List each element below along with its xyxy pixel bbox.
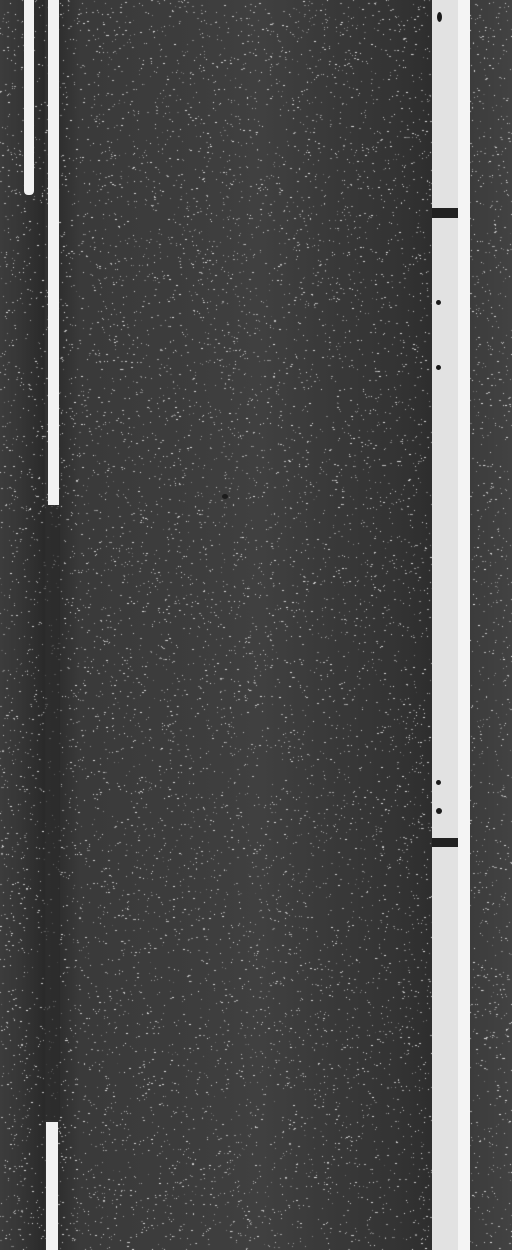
tar-patch bbox=[432, 838, 458, 847]
right-edge-strip bbox=[432, 0, 458, 1250]
pothole bbox=[436, 808, 442, 814]
road-shoulder-shadow bbox=[44, 505, 60, 1120]
road-scene bbox=[0, 0, 512, 1250]
right-edge-line bbox=[458, 0, 470, 1250]
pothole bbox=[437, 12, 442, 22]
pothole bbox=[436, 780, 441, 785]
left-solid-line-lower bbox=[46, 1122, 58, 1250]
pothole bbox=[436, 365, 441, 370]
left-dashed-line bbox=[24, 0, 34, 195]
left-solid-line-upper bbox=[48, 0, 59, 505]
pothole bbox=[436, 300, 441, 305]
debris bbox=[222, 494, 228, 499]
tar-patch bbox=[432, 208, 458, 218]
